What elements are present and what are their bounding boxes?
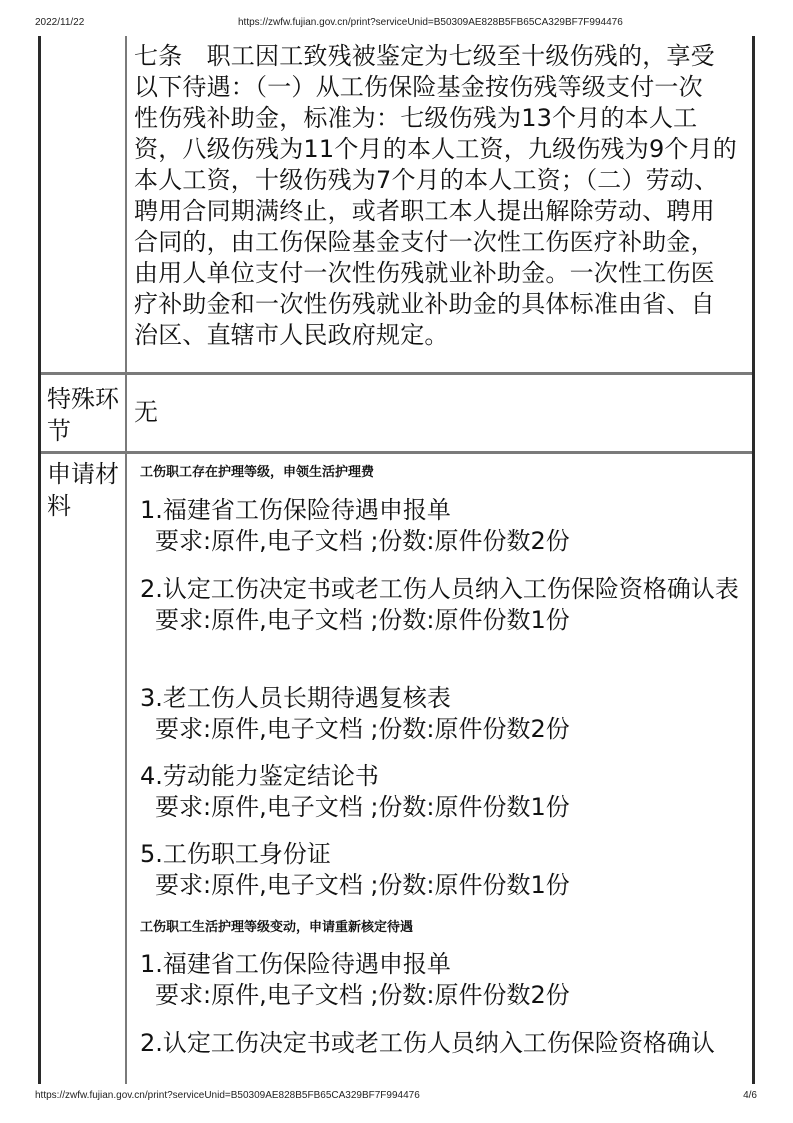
material-item: 5.工伤职工身份证 要求:原件,电子文档 ;份数:原件份数1份 [140,839,752,901]
page-number: 4/6 [743,1090,757,1101]
materials-section-heading: 工伤职工生活护理等级变动，申请重新核定待遇 [140,919,413,937]
row-divider [41,372,752,375]
material-name: 5.工伤职工身份证 [140,840,331,868]
material-name: 4.劳动能力鉴定结论书 [140,762,379,790]
material-item: 1.福建省工伤保险待遇申报单 要求:原件,电子文档 ;份数:原件份数2份 [140,949,752,1011]
material-name: 2.认定工伤决定书或老工伤人员纳入工伤保险资格确认 [140,1029,715,1057]
material-requirement: 要求:原件,电子文档 ;份数:原件份数1份 [140,605,752,636]
materials-section-heading: 工伤职工存在护理等级，申领生活护理费 [140,464,374,482]
print-header: 2022/11/22 https://zwfw.fujian.gov.cn/pr… [0,17,793,31]
column-divider [125,36,127,1084]
special-procedures-value: 无 [134,396,158,428]
policy-line: 治区、直辖市人民政府规定。 [134,320,756,351]
policy-line: 本人工资，十级伤残为7个月的本人工资；（二）劳动、 [134,165,756,196]
application-materials-label: 申请材料 [47,458,125,522]
material-requirement: 要求:原件,电子文档 ;份数:原件份数1份 [140,870,752,901]
material-item: 3.老工伤人员长期待遇复核表 要求:原件,电子文档 ;份数:原件份数2份 [140,683,752,745]
material-requirement: 要求:原件,电子文档 ;份数:原件份数2份 [140,526,752,557]
print-date: 2022/11/22 [35,17,84,28]
policy-line: 聘用合同期满终止，或者职工本人提出解除劳动、聘用 [134,196,756,227]
policy-line: 合同的，由工伤保险基金支付一次性工伤医疗补助金， [134,227,756,258]
policy-line: 以下待遇：（一）从工伤保险基金按伤残等级支付一次 [134,72,756,103]
service-info-table: 七条 职工因工致残被鉴定为七级至十级伤残的，享受 以下待遇：（一）从工伤保险基金… [38,36,755,1084]
material-requirement: 要求:原件,电子文档 ;份数:原件份数2份 [140,980,752,1011]
policy-line: 七条 职工因工致残被鉴定为七级至十级伤残的，享受 [134,41,756,72]
material-name: 2.认定工伤决定书或老工伤人员纳入工伤保险资格确认表 [140,575,739,603]
material-name: 1.福建省工伤保险待遇申报单 [140,950,451,978]
material-item: 4.劳动能力鉴定结论书 要求:原件,电子文档 ;份数:原件份数1份 [140,761,752,823]
material-requirement: 要求:原件,电子文档 ;份数:原件份数1份 [140,792,752,823]
material-name: 3.老工伤人员长期待遇复核表 [140,684,451,712]
policy-line: 性伤残补助金，标准为：七级伤残为13个月的本人工 [134,103,756,134]
policy-line: 资，八级伤残为11个月的本人工资，九级伤残为9个月的 [134,134,756,165]
material-name: 1.福建省工伤保险待遇申报单 [140,496,451,524]
policy-line: 疗补助金和一次性伤残就业补助金的具体标准由省、自 [134,289,756,320]
material-item: 2.认定工伤决定书或老工伤人员纳入工伤保险资格确认表 要求:原件,电子文档 ;份… [140,574,752,636]
material-item: 2.认定工伤决定书或老工伤人员纳入工伤保险资格确认 [140,1028,752,1059]
policy-line: 由用人单位支付一次性伤残就业补助金。一次性工伤医 [134,258,756,289]
material-item: 1.福建省工伤保险待遇申报单 要求:原件,电子文档 ;份数:原件份数2份 [140,495,752,557]
row-divider [41,451,752,454]
print-footer-url: https://zwfw.fujian.gov.cn/print?service… [35,1090,420,1101]
print-footer: https://zwfw.fujian.gov.cn/print?service… [0,1090,793,1104]
policy-text-cell: 七条 职工因工致残被鉴定为七级至十级伤残的，享受 以下待遇：（一）从工伤保险基金… [134,41,756,351]
material-requirement: 要求:原件,电子文档 ;份数:原件份数2份 [140,714,752,745]
print-url: https://zwfw.fujian.gov.cn/print?service… [238,17,623,28]
special-procedures-label: 特殊环节 [47,383,125,447]
